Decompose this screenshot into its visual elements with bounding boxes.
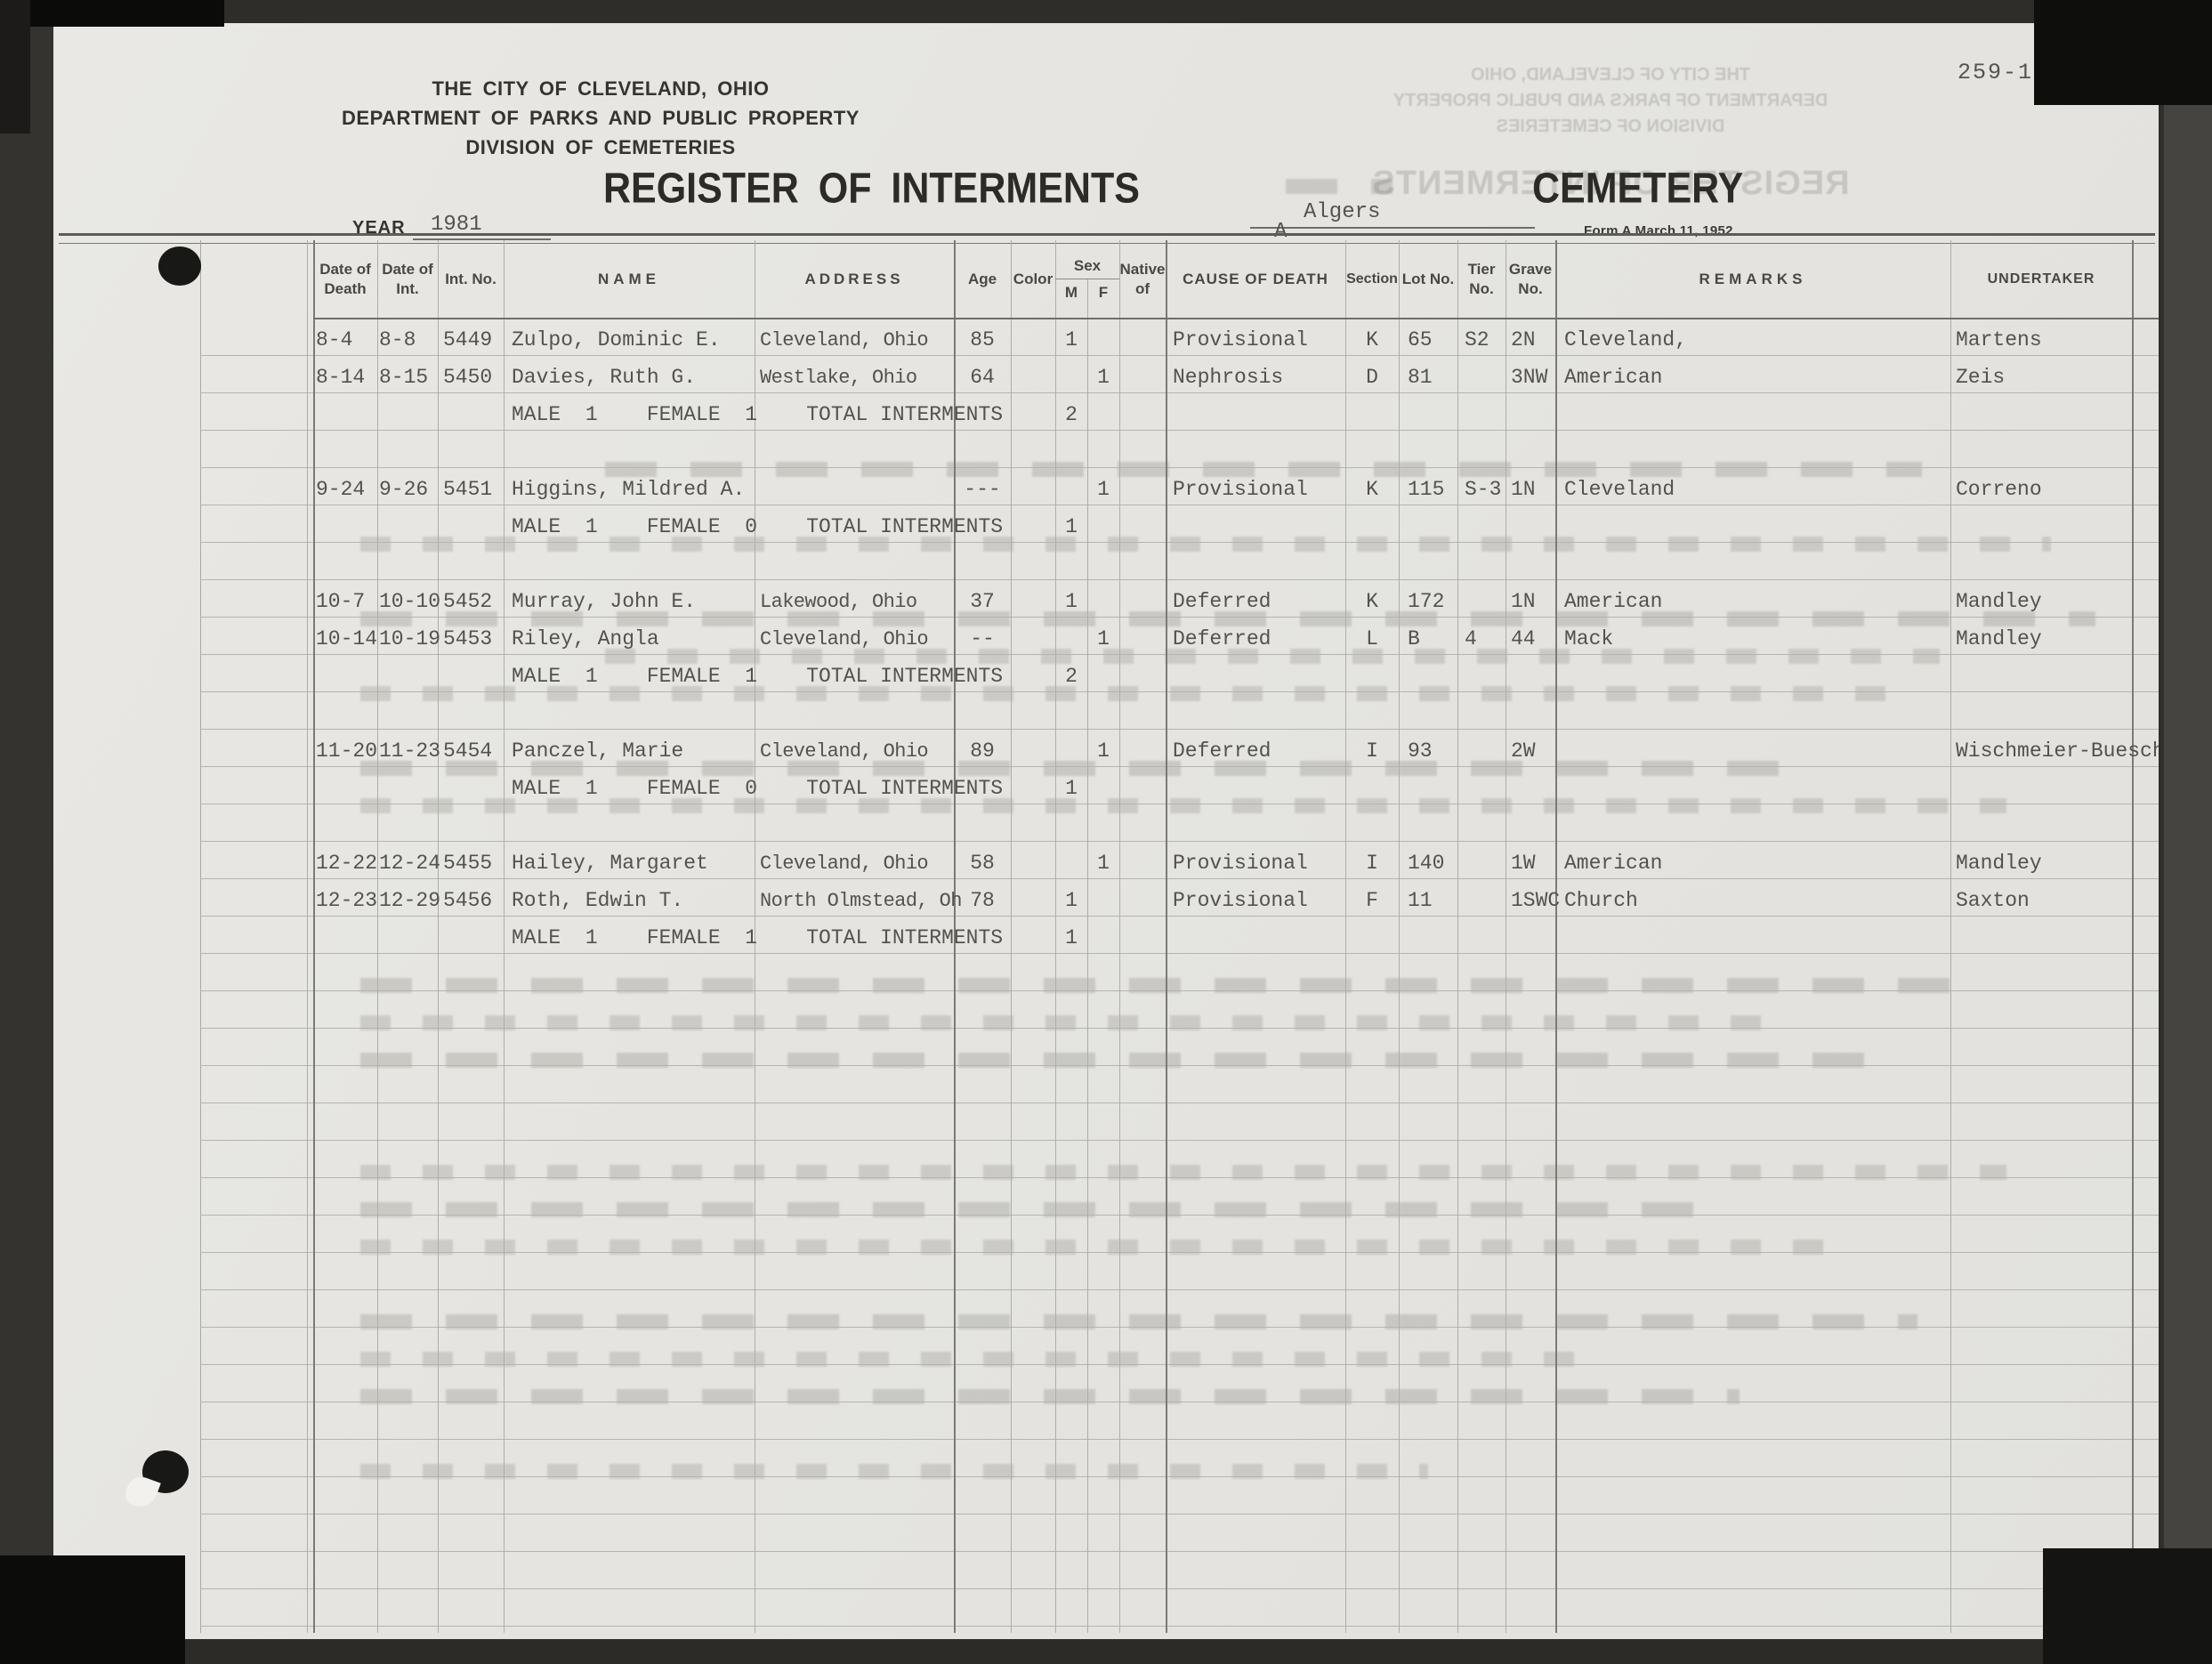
column-header-address: ADDRESS [755,270,954,289]
division-name: DIVISION OF CEMETERIES [285,133,916,162]
cell-age: 37 [954,590,1011,618]
cell-name: Murray, John E. [504,590,755,618]
cell-int-no: 5451 [438,478,504,505]
cell-section: D [1345,366,1399,393]
cell-date-of-death: 9-24 [313,478,377,505]
cell-date-of-death: 8-14 [313,366,377,393]
cell-age: -- [954,627,1011,655]
summary-text: MALE 1 FEMALE 1 TOTAL INTERMENTS [504,665,1011,692]
column-header-section: Section [1345,271,1399,288]
cell-int-no: 5452 [438,590,504,618]
cell-int-no: 5454 [438,739,504,767]
scan-edge-right [2164,0,2212,1664]
table-row: 8-14 8-15 5450 Davies, Ruth G. Westlake,… [313,356,2159,393]
cell-grave: 1N [1506,478,1555,505]
cell-grave: 1W [1506,852,1555,879]
cell-date-of-int: 12-24 [377,852,438,879]
column-header-lot-no: Lot No. [1399,270,1457,289]
scan-corner [2043,1548,2212,1664]
column-header-native-of: Native of [1119,260,1166,299]
cell-lot: 81 [1399,366,1457,393]
summary-total: 1 [1055,926,1087,954]
cell-int-no: 5453 [438,627,504,655]
scan-edge-top [0,0,2212,23]
cell-date-of-int: 10-19 [377,627,438,655]
table-header-row: Date of Death Date of Int. Int. No. NAME… [313,240,2159,319]
cell-lot: 93 [1399,739,1457,767]
bleedthrough-org-line2: DEPARTMENT OF PARKS AND PUBLIC PROPERTY [1255,88,1966,114]
scan-corner [0,0,224,27]
cell-undertaker: Zeis [1950,366,2132,393]
cell-date-of-death: 12-23 [313,889,377,917]
cell-lot: 115 [1399,478,1457,505]
cell-section: K [1345,328,1399,356]
column-header-int-no: Int. No. [438,270,504,289]
cell-age: 85 [954,328,1011,356]
cell-cause: Provisional [1166,328,1345,356]
bleedthrough-row [1286,179,1393,194]
cell-sex-m: 1 [1055,590,1087,618]
cell-cause: Nephrosis [1166,366,1345,393]
cell-cause: Deferred [1166,739,1345,767]
cell-grave: 1N [1506,590,1555,618]
cell-cause: Provisional [1166,852,1345,879]
cell-name: Davies, Ruth G. [504,366,755,393]
cell-cause: Provisional [1166,478,1345,505]
summary-total: 2 [1055,403,1087,431]
cell-lot: 172 [1399,590,1457,618]
cell-sex-f: 1 [1087,739,1119,767]
document-page: THE CITY OF CLEVELAND, OHIO DEPARTMENT O… [53,22,2159,1639]
cell-date-of-death: 10-7 [313,590,377,618]
summary-total: 1 [1055,515,1087,543]
cemetery-label: CEMETERY [1532,165,1743,214]
cell-date-of-death: 8-4 [313,328,377,356]
cell-lot: 11 [1399,889,1457,917]
cemetery-name-underline [1250,227,1535,229]
cell-remarks: Cleveland, [1555,328,1950,356]
table-row: 10-7 10-10 5452 Murray, John E. Lakewood… [313,580,2159,618]
cell-lot: 140 [1399,852,1457,879]
cell-tier: S2 [1457,328,1506,356]
cell-undertaker: Saxton [1950,889,2132,917]
cell-remarks: American [1555,366,1950,393]
cell-date-of-int: 11-23 [377,739,438,767]
column-header-name: NAME [504,270,755,289]
cell-cause: Provisional [1166,889,1345,917]
cell-section: I [1345,852,1399,879]
cell-tier: 4 [1457,627,1506,655]
summary-total: 2 [1055,665,1087,692]
cell-int-no: 5449 [438,328,504,356]
table-row: 11-20 11-23 5454 Panczel, Marie Clevelan… [313,730,2159,767]
cell-lot: 65 [1399,328,1457,356]
cell-sex-m: 1 [1055,328,1087,356]
table-row: 12-22 12-24 5455 Hailey, Margaret Clevel… [313,842,2159,879]
department-name: DEPARTMENT OF PARKS AND PUBLIC PROPERTY [285,103,916,133]
cell-grave: 3NW [1506,366,1555,393]
cell-name: Panczel, Marie [504,739,755,767]
column-header-color: Color [1011,270,1055,289]
cell-lot: B [1399,627,1457,655]
cell-int-no: 5455 [438,852,504,879]
column-header-remarks: REMARKS [1555,270,1950,289]
cell-date-of-int: 12-29 [377,889,438,917]
column-header-age: Age [954,270,1011,289]
cell-date-of-death: 10-14 [313,627,377,655]
summary-row: MALE 1 FEMALE 0 TOTAL INTERMENTS 1 [313,767,2159,804]
cell-undertaker: Mandley [1950,627,2132,655]
cell-undertaker: Mandley [1950,852,2132,879]
cell-age: 64 [954,366,1011,393]
hole-punch [158,246,201,286]
cell-name: Roth, Edwin T. [504,889,755,917]
cell-sex-m: 1 [1055,889,1087,917]
cell-section: K [1345,478,1399,505]
cell-address: North Olmstead, Oh [755,890,954,917]
org-name: THE CITY OF CLEVELAND, OHIO [285,74,916,103]
scan-corner [0,1555,185,1664]
cell-undertaker: Wischmeier-Buesch [1950,739,2132,767]
cell-address: Westlake, Ohio [755,367,954,393]
cell-grave: 44 [1506,627,1555,655]
cell-age: --- [954,478,1011,505]
table-row: 12-23 12-29 5456 Roth, Edwin T. North Ol… [313,879,2159,917]
cell-undertaker: Mandley [1950,590,2132,618]
cell-remarks: Cleveland [1555,478,1950,505]
cell-grave: 2W [1506,739,1555,767]
cell-section: I [1345,739,1399,767]
summary-row: MALE 1 FEMALE 1 TOTAL INTERMENTS 2 [313,393,2159,431]
table-row: 10-14 10-19 5453 Riley, Angla Cleveland,… [313,618,2159,655]
organization-header: THE CITY OF CLEVELAND, OHIO DEPARTMENT O… [285,74,916,162]
cell-name: Hailey, Margaret [504,852,755,879]
summary-total: 1 [1055,777,1087,804]
summary-text: MALE 1 FEMALE 0 TOTAL INTERMENTS [504,777,1011,804]
column-header-cause-of-death: CAUSE OF DEATH [1166,270,1345,289]
column-header-date-of-int: Date of Int. [377,260,438,299]
cell-age: 89 [954,739,1011,767]
sex-female-label: F [1087,279,1119,303]
bleedthrough-org-line3: DIVISION OF CEMETERIES [1255,114,1966,140]
cemetery-name-value: Algers [1304,200,1380,224]
register-title: REGISTER OF INTERMENTS [603,165,1140,214]
summary-row: MALE 1 FEMALE 1 TOTAL INTERMENTS 2 [313,655,2159,692]
cell-grave: 1SWC [1506,889,1555,917]
cell-date-of-int: 8-8 [377,328,438,356]
cell-address: Cleveland, Ohio [755,628,954,655]
cell-name: Riley, Angla [504,627,755,655]
sex-label: Sex [1055,256,1119,279]
cell-date-of-int: 10-10 [377,590,438,618]
summary-text: MALE 1 FEMALE 0 TOTAL INTERMENTS [504,515,1011,543]
table-row: 9-24 9-26 5451 Higgins, Mildred A. --- 1… [313,468,2159,505]
summary-text: MALE 1 FEMALE 1 TOTAL INTERMENTS [504,403,1011,431]
cell-cause: Deferred [1166,627,1345,655]
cell-undertaker: Martens [1950,328,2132,356]
cell-sex-f: 1 [1087,852,1119,879]
summary-row: MALE 1 FEMALE 0 TOTAL INTERMENTS 1 [313,505,2159,543]
cell-section: F [1345,889,1399,917]
cell-address: Cleveland, Ohio [755,740,954,767]
cell-date-of-death: 11-20 [313,739,377,767]
cell-address: Lakewood, Ohio [755,591,954,618]
cell-remarks: American [1555,852,1950,879]
cell-grave: 2N [1506,328,1555,356]
scan-corner [2034,0,2212,105]
cell-date-of-int: 9-26 [377,478,438,505]
cell-int-no: 5450 [438,366,504,393]
cell-date-of-int: 8-15 [377,366,438,393]
table-row: 8-4 8-8 5449 Zulpo, Dominic E. Cleveland… [313,319,2159,356]
summary-row: MALE 1 FEMALE 1 TOTAL INTERMENTS 1 [313,917,2159,954]
cell-name: Zulpo, Dominic E. [504,328,755,356]
column-header-grave-no: Grave No. [1506,260,1555,299]
interments-table: Date of Death Date of Int. Int. No. NAME… [313,240,2159,1633]
cell-age: 78 [954,889,1011,917]
cell-sex-f: 1 [1087,366,1119,393]
column-header-date-of-death: Date of Death [313,260,377,299]
cell-remarks: American [1555,590,1950,618]
sex-male-label: M [1055,279,1087,303]
cell-address: Cleveland, Ohio [755,852,954,879]
cell-remarks: Church [1555,889,1950,917]
cell-age: 58 [954,852,1011,879]
cell-tier: S-3 [1457,478,1506,505]
bleedthrough-org-line1: THE CITY OF CLEVELAND, OHIO [1255,62,1966,88]
scan-edge-bottom [0,1640,2212,1664]
cell-section: L [1345,627,1399,655]
column-line [307,240,308,1633]
cell-cause: Deferred [1166,590,1345,618]
cell-section: K [1345,590,1399,618]
scan-edge-left [0,0,53,1664]
cell-sex-f: 1 [1087,627,1119,655]
scan-corner [0,0,30,133]
cell-address: Cleveland, Ohio [755,329,954,356]
cell-remarks: Mack [1555,627,1950,655]
column-header-tier-no: Tier No. [1457,260,1506,299]
cell-undertaker: Correno [1950,478,2132,505]
cell-name: Higgins, Mildred A. [504,478,755,505]
cell-int-no: 5456 [438,889,504,917]
column-header-undertaker: UNDERTAKER [1950,271,2132,288]
summary-text: MALE 1 FEMALE 1 TOTAL INTERMENTS [504,926,1011,954]
cell-date-of-death: 12-22 [313,852,377,879]
hole-punch [142,1450,189,1493]
column-header-sex: Sex M F [1055,240,1119,319]
cell-sex-f: 1 [1087,478,1119,505]
page-number: 259-1 [1958,60,2033,85]
